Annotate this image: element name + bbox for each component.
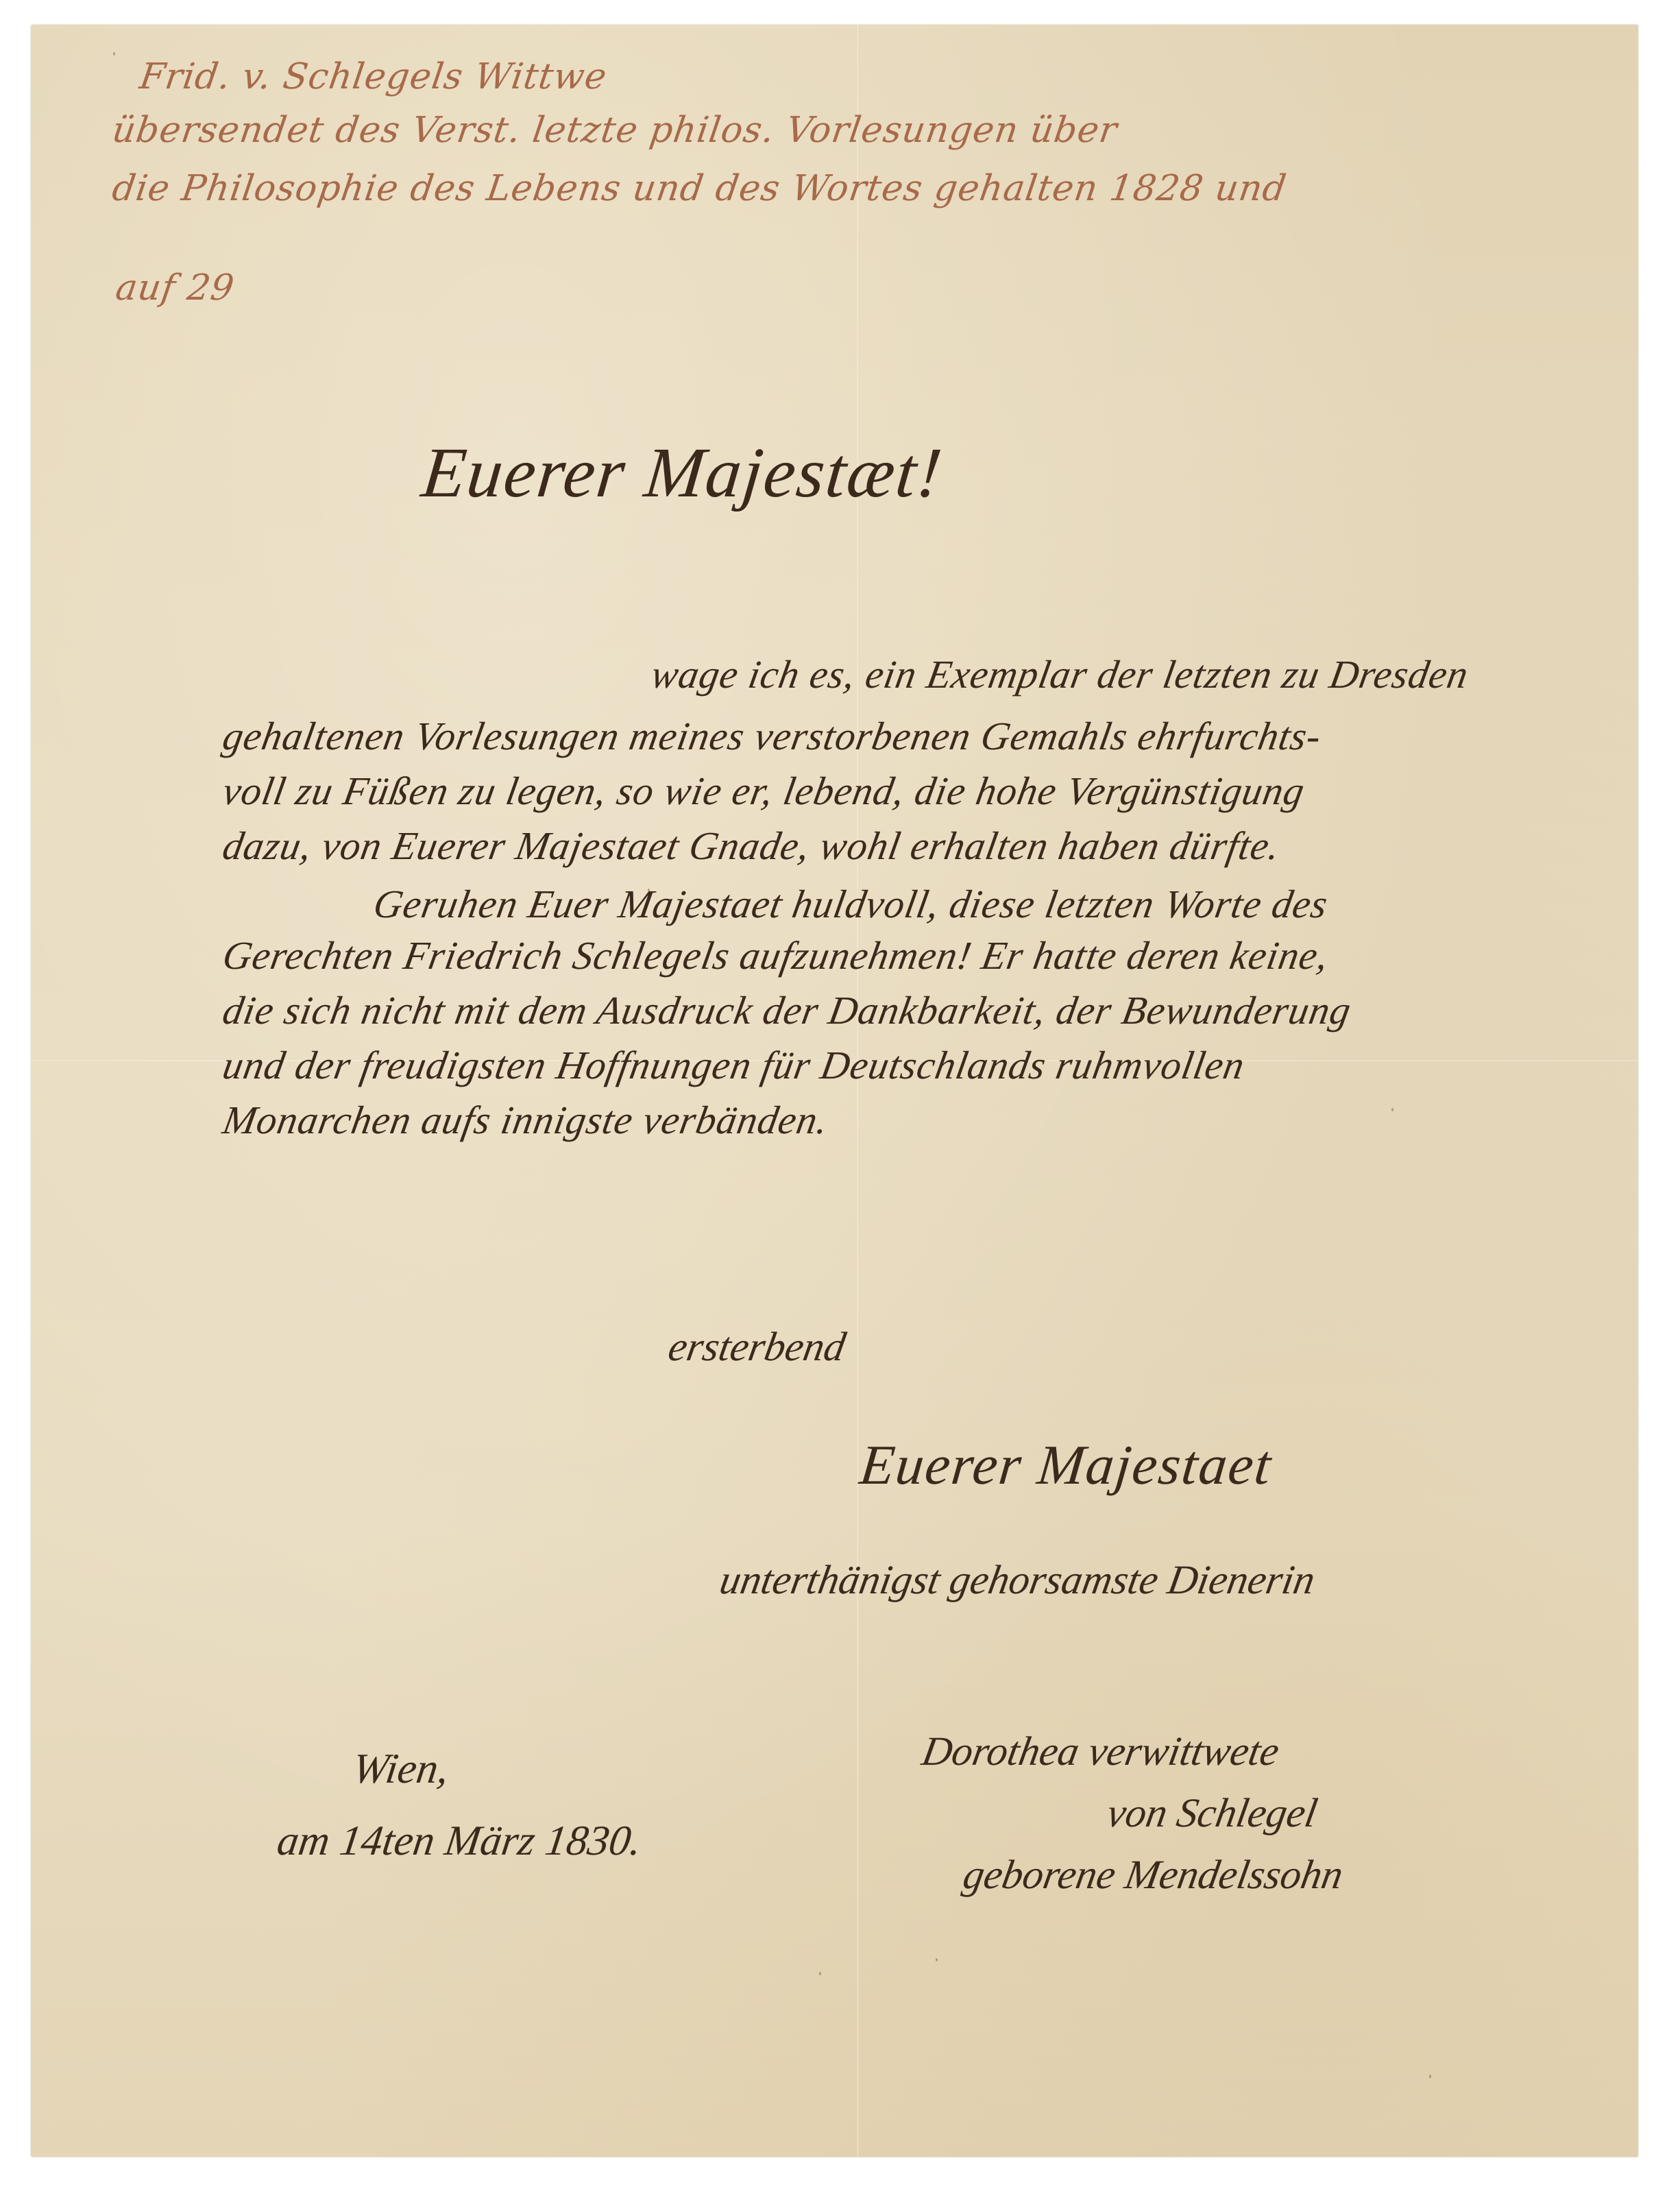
paper-fold-vertical bbox=[857, 25, 859, 2157]
paper-speck bbox=[113, 52, 115, 56]
body-line-5: Geruhen Euer Majestaet huldvoll, diese l… bbox=[370, 881, 1332, 927]
place: Wien, bbox=[350, 1745, 452, 1794]
letter-paper bbox=[31, 25, 1638, 2157]
body-line-3: voll zu Füßen zu legen, so wie er, leben… bbox=[219, 768, 1308, 814]
signature-line-3: geborene Mendelssohn bbox=[960, 1851, 1347, 1898]
date: am 14ten März 1830. bbox=[274, 1817, 644, 1866]
annotation-line-1: Frid. v. Schlegels Wittwe bbox=[137, 56, 609, 97]
annotation-line-2: übersendet des Verst. letzte philos. Vor… bbox=[110, 110, 1120, 151]
closing-servant: unterthänigst gehorsamste Dienerin bbox=[716, 1556, 1319, 1604]
signature-line-2: von Schlegel bbox=[1104, 1789, 1321, 1837]
body-line-8: und der freudigsten Hoffnungen für Deuts… bbox=[219, 1042, 1248, 1088]
body-line-7: die sich nicht mit dem Ausdruck der Dank… bbox=[219, 987, 1355, 1033]
annotation-line-3: die Philosophie des Lebens und des Worte… bbox=[110, 168, 1289, 209]
closing-ersterbend: ersterbend bbox=[665, 1323, 849, 1371]
annotation-line-4: auf 29 bbox=[113, 267, 237, 309]
paper-speck bbox=[936, 1958, 938, 1962]
body-line-6: Gerechten Friedrich Schlegels aufzunehme… bbox=[219, 932, 1332, 978]
body-line-9: Monarchen aufs innigste verbänden. bbox=[219, 1097, 832, 1143]
body-line-4: dazu, von Euerer Majestaet Gnade, wohl e… bbox=[219, 823, 1284, 869]
salutation: Euerer Majestæt! bbox=[418, 432, 947, 514]
paper-speck bbox=[1429, 2075, 1431, 2078]
body-line-1: wage ich es, ein Exemplar der letzten zu… bbox=[648, 651, 1472, 697]
signature-line-1: Dorothea verwittwete bbox=[918, 1728, 1283, 1775]
paper-speck bbox=[1391, 1108, 1393, 1111]
closing-title: Euerer Majestaet bbox=[857, 1433, 1275, 1497]
body-line-2: gehaltenen Vorlesungen meines verstorben… bbox=[219, 713, 1325, 759]
paper-speck bbox=[819, 1972, 821, 1975]
